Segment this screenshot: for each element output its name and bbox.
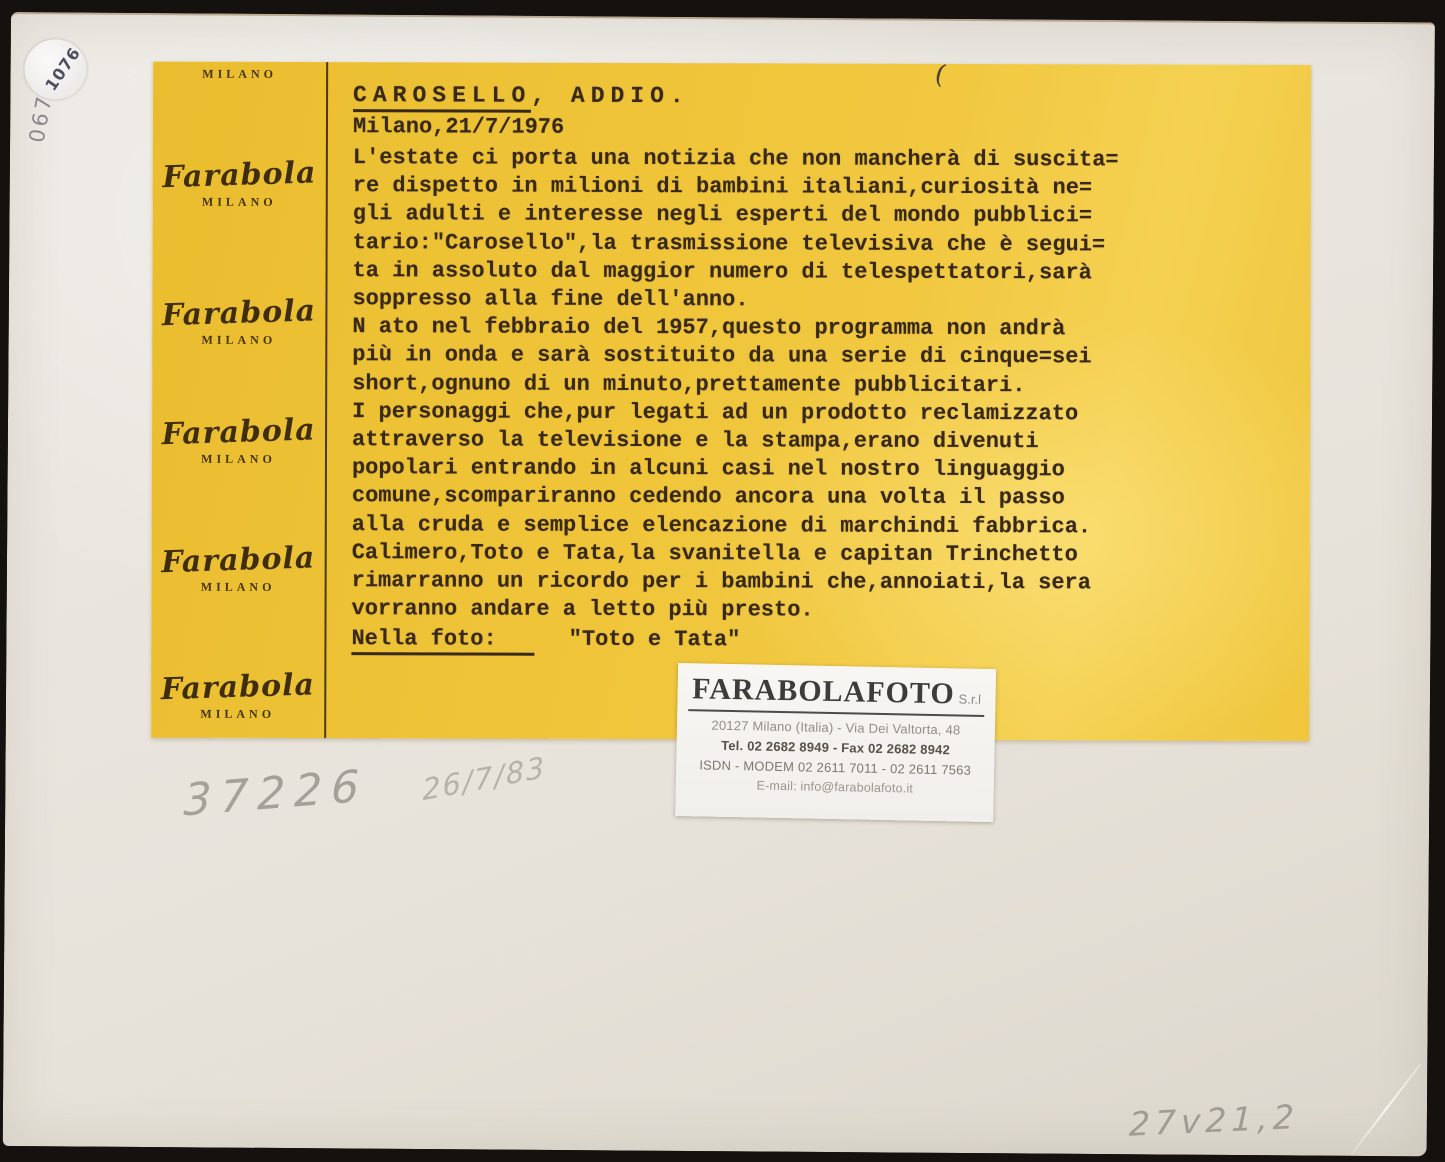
caption-body-line: N ato nel febbraio del 1957,questo progr… [352,313,1302,344]
caption-footer-value: "Toto e Tata" [569,627,741,653]
caption-body-line: gli adulti e interesse negli esperti del… [353,201,1303,232]
letterhead-logo-partial: MILANO [153,65,326,83]
caption-body-line: soppresso alla fine dell'anno. [352,285,1302,316]
caption-title-underlined: CAROSELLO [353,82,531,113]
caption-title-rest: , ADDIO. [531,83,689,109]
farabola-script-logo: Farabola [152,155,326,196]
round-sticker-number: 1076 [41,43,84,94]
caption-dateline: Milano,21/7/1976 [353,114,564,140]
caption-body-line: popolari entrando in alcuni casi nel nos… [352,454,1302,485]
caption-footer: Nella foto:"Toto e Tata" [351,626,740,652]
letterhead-city-label: MILANO [152,452,325,468]
caption-body-line: tario:"Carosello",la trasmissione televi… [353,229,1303,260]
agency-name-row: FARABOLAFOTOS.r.l [688,672,986,717]
agency-phone: Tel. 02 2682 8949 - Fax 02 2682 8942 [676,737,994,758]
caption-sheet: MILANO Farabola MILANO Farabola MILANO F… [151,62,1311,741]
caption-body-line: short,ognuno di un minuto,prettamente pu… [352,370,1302,401]
letterhead-logo: Farabola MILANO [151,670,324,723]
farabola-script-logo: Farabola [151,540,325,581]
letterhead-city-label: MILANO [153,67,326,83]
pen-tick-mark: ( [932,59,949,91]
caption-body-line: Calimero,Toto e Tata,la svanitella e cap… [352,539,1302,570]
caption-body-line: ta in assoluto dal maggior numero di tel… [353,257,1303,288]
farabola-script-logo: Farabola [152,293,326,334]
handwritten-date-note: 26/7/83 [422,750,547,807]
letterhead-city-label: MILANO [151,707,324,723]
agency-sticker: FARABOLAFOTOS.r.l 20127 Milano (Italia) … [675,663,996,822]
caption-body-line: re dispetto in milioni di bambini italia… [353,172,1303,203]
emulsion-scratch [1351,1063,1422,1155]
letterhead-city-label: MILANO [153,195,326,211]
caption-body-line: più in onda e sarà sostituito da una ser… [352,342,1302,373]
handwritten-corner-code: 27v21,2 [1129,1097,1300,1144]
letterhead-logo: Farabola MILANO [152,543,325,596]
agency-suffix: S.r.l [958,691,981,706]
letterhead-city-label: MILANO [152,580,325,596]
farabola-script-logo: Farabola [152,412,326,453]
letterhead-logo: Farabola MILANO [152,415,325,468]
handwritten-archive-number: 37226 [183,760,369,826]
caption-footer-label: Nella foto: [351,626,534,656]
agency-email: E-mail: info@farabolafoto.it [676,777,994,797]
caption-body-line: L'estate ci porta una notizia che non ma… [353,144,1303,175]
agency-name: FARABOLAFOTO [692,672,955,710]
round-number-sticker: 1076 [24,39,86,99]
farabola-script-logo: Farabola [151,667,325,708]
caption-body-line: attraverso la televisione e la stampa,er… [352,426,1302,457]
caption-body-line: alla cruda e semplice elencazione di mar… [352,511,1302,542]
agency-address: 20127 Milano (Italia) - Via Dei Valtorta… [677,717,995,738]
caption-body-line: vorranno andare a letto più presto. [352,595,1302,626]
corner-handwritten-code: 067 [25,92,57,145]
photo-back: MILANO Farabola MILANO Farabola MILANO F… [3,12,1435,1156]
agency-isdn: ISDN - MODEM 02 2611 7011 - 02 2611 7563 [676,757,994,778]
caption-title: CAROSELLO, ADDIO. [353,82,690,109]
letterhead-city-label: MILANO [152,333,325,349]
letterhead-logo: Farabola MILANO [153,158,326,211]
letterhead-logo: Farabola MILANO [152,296,325,349]
caption-body-line: rimarranno un ricordo per i bambini che,… [352,567,1302,598]
caption-body: L'estate ci porta una notizia che non ma… [352,144,1303,626]
caption-body-line: comune,scompariranno cedendo ancora una … [352,483,1302,514]
caption-body-line: I personaggi che,pur legati ad un prodot… [352,398,1302,429]
